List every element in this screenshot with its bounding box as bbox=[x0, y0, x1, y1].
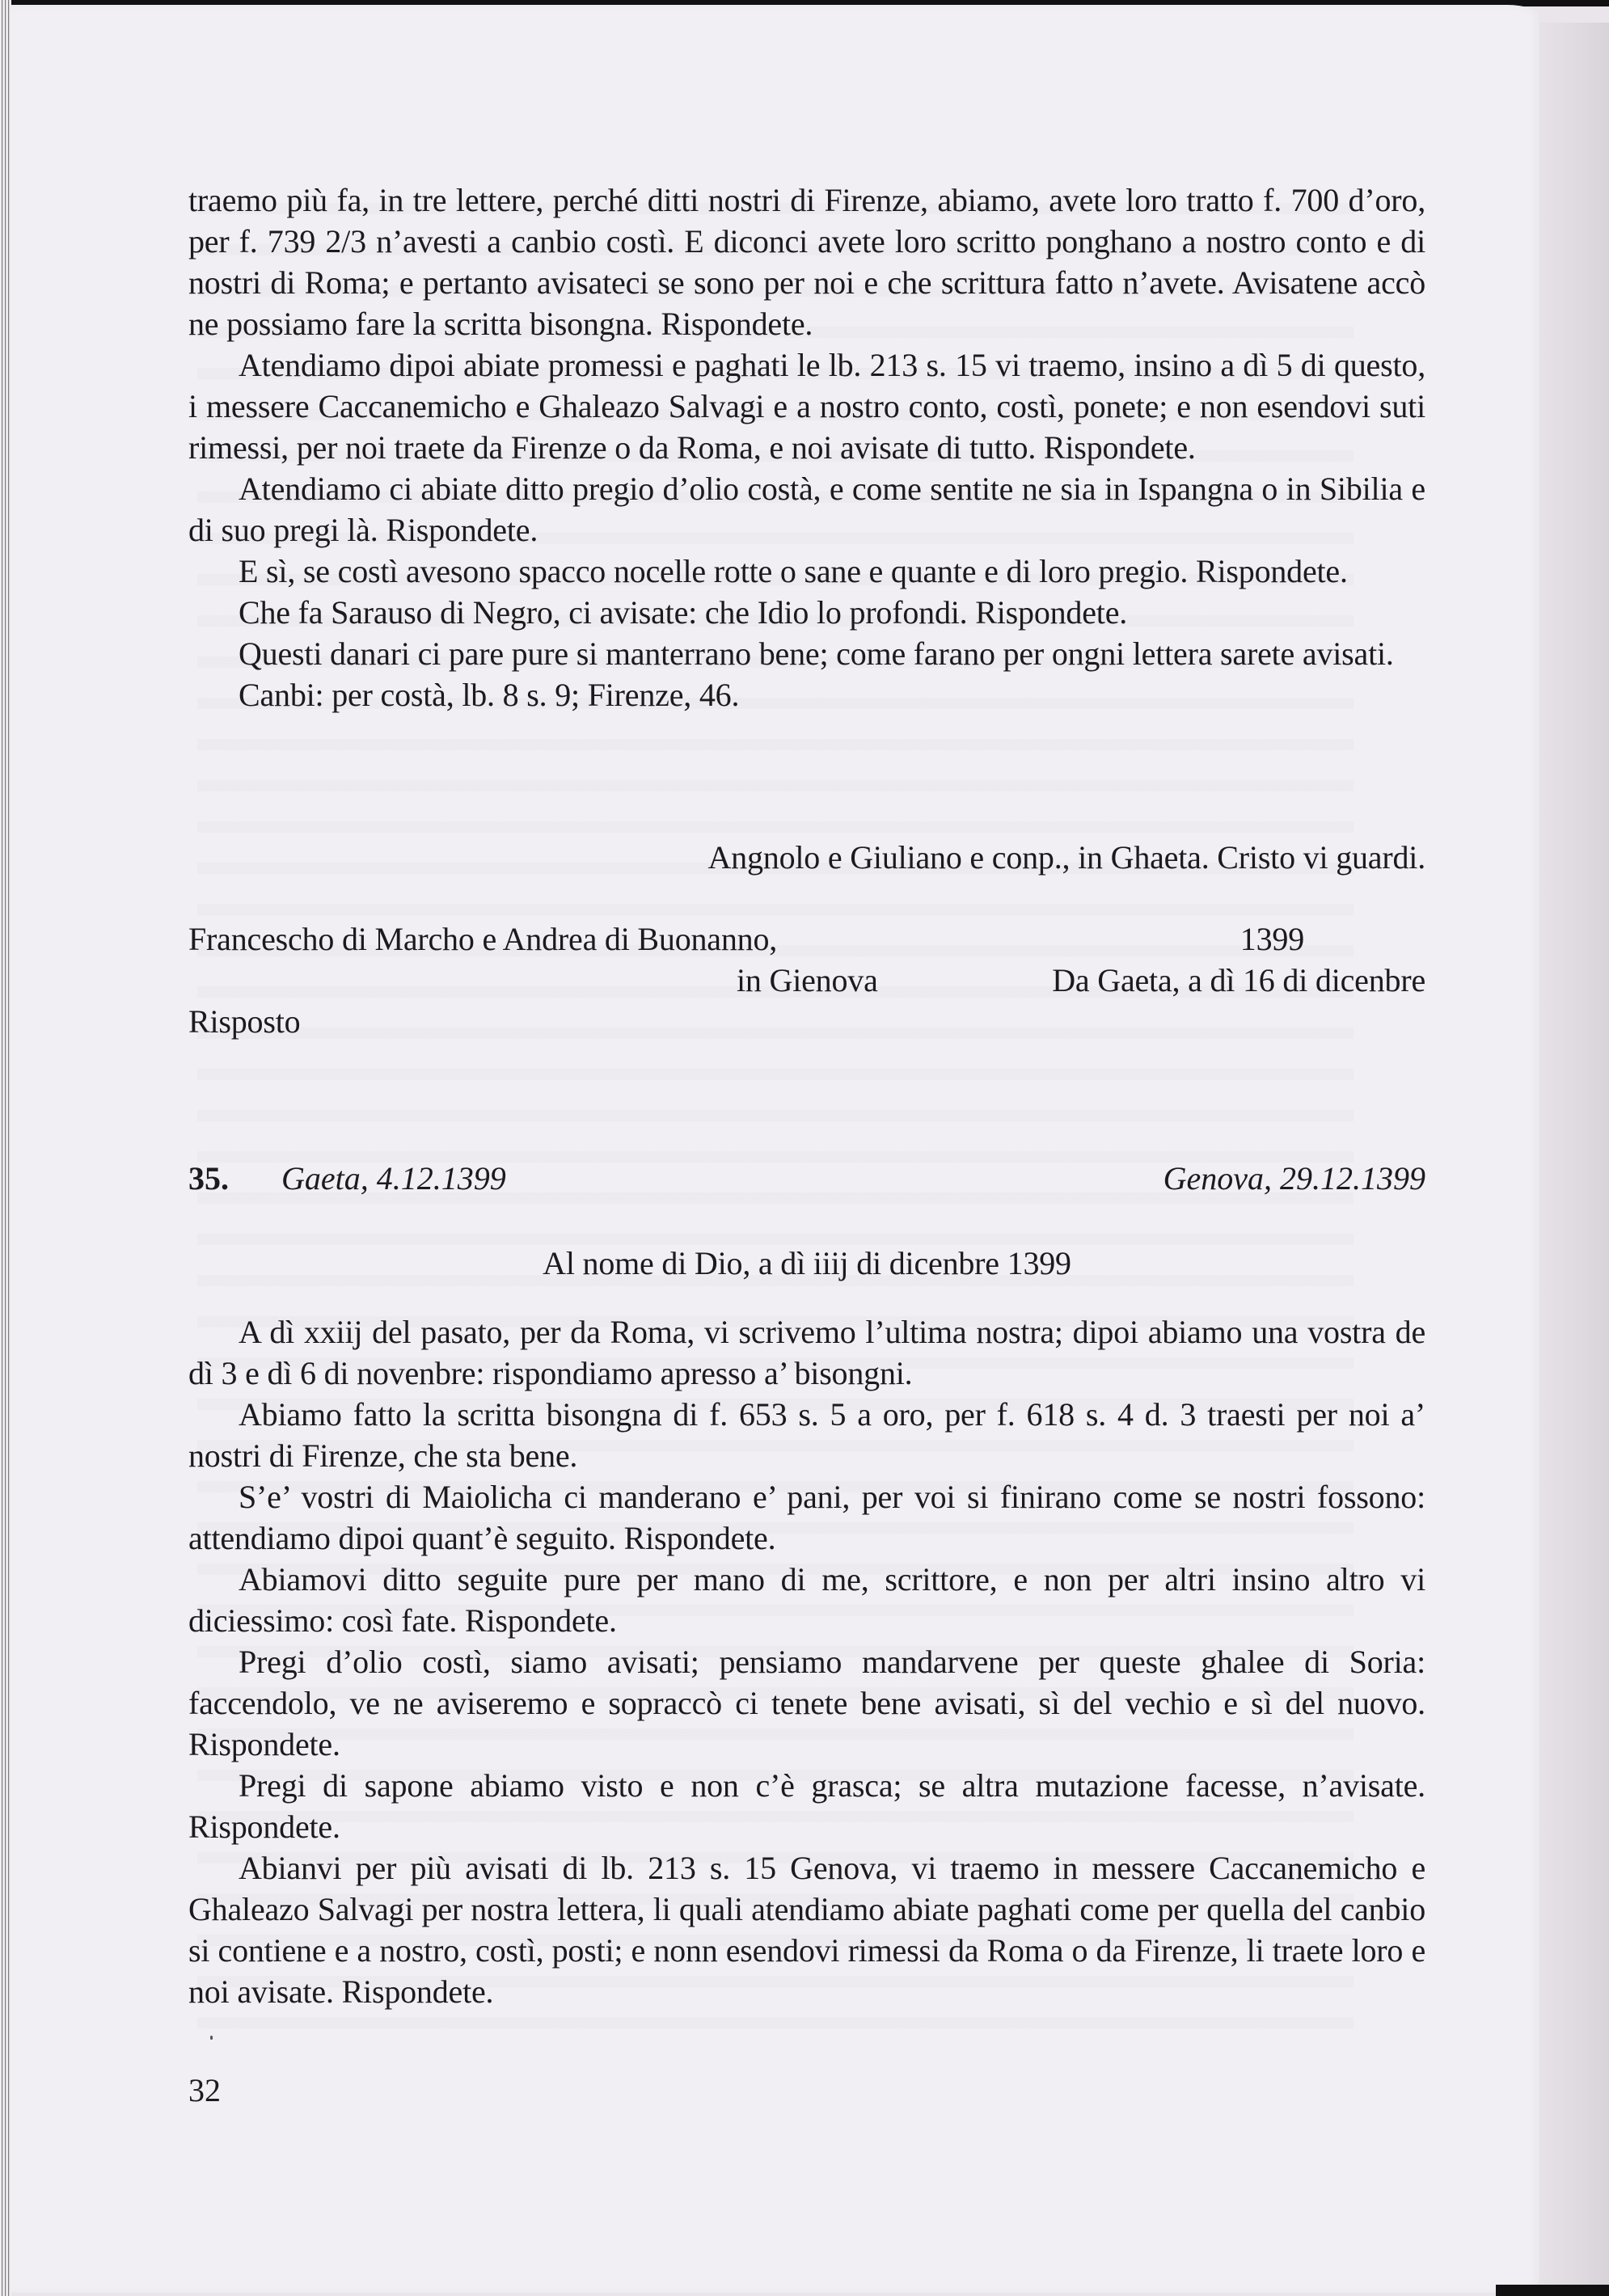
paragraph: E sì, se costì avesono spacco nocelle ro… bbox=[188, 551, 1425, 592]
scan-bottom-border bbox=[1496, 2285, 1609, 2296]
note: Risposto bbox=[188, 1001, 1425, 1042]
paragraph: A dì xxiij del pasato, per da Roma, vi s… bbox=[188, 1311, 1425, 1394]
letter-35-body: A dì xxiij del pasato, per da Roma, vi s… bbox=[188, 1311, 1425, 2012]
previous-letter-body: traemo più fa, in tre lettere, perché di… bbox=[188, 179, 1425, 715]
invocation-text: Al nome di Dio, a dì iiij di dicenbre 13… bbox=[188, 1243, 1425, 1284]
recipient: Francescho di Marcho e Andrea di Buonann… bbox=[188, 918, 777, 960]
invocation: Al nome di Dio, a dì iiij di dicenbre 13… bbox=[188, 1243, 1425, 1284]
paragraph: Canbi: per costà, lb. 8 s. 9; Firenze, 4… bbox=[188, 674, 1425, 715]
paragraph: traemo più fa, in tre lettere, perché di… bbox=[188, 179, 1425, 344]
paragraph: S’e’ vostri di Maiolicha ci manderano e’… bbox=[188, 1476, 1425, 1559]
paragraph: Abianvi per più avisati di lb. 213 s. 15… bbox=[188, 1847, 1425, 2012]
paragraph: Abiamovi ditto seguite pure per mano di … bbox=[188, 1559, 1425, 1641]
address-block: Francescho di Marcho e Andrea di Buonann… bbox=[188, 918, 1425, 1042]
signature-text: Angnolo e Giuliano e conp., in Ghaeta. C… bbox=[188, 837, 1425, 878]
paragraph: Atendiamo dipoi abiate promessi e paghat… bbox=[188, 344, 1425, 468]
scan-speck bbox=[210, 2036, 213, 2040]
paragraph: Pregi di sapone abiamo visto e non c’è g… bbox=[188, 1765, 1425, 1847]
adjacent-page-edge bbox=[1536, 23, 1609, 2286]
year: 1399 bbox=[1240, 918, 1304, 960]
paragraph: Questi danari ci pare pure si manterrano… bbox=[188, 633, 1425, 674]
signature: Angnolo e Giuliano e conp., in Ghaeta. C… bbox=[188, 837, 1425, 878]
paragraph: Pregi d’olio costì, siamo avisati; pensi… bbox=[188, 1641, 1425, 1765]
paragraph: Abiamo fatto la scritta bisongna di f. 6… bbox=[188, 1394, 1425, 1476]
place: in Gienova bbox=[737, 960, 878, 1001]
letter-heading: 35. Gaeta, 4.12.1399 Genova, 29.12.1399 bbox=[188, 1158, 1425, 1199]
date-line: Da Gaeta, a dì 16 di dicenbre bbox=[1052, 960, 1425, 1001]
letter-destination: Genova, 29.12.1399 bbox=[1163, 1158, 1425, 1199]
address-row-1: Francescho di Marcho e Andrea di Buonann… bbox=[188, 918, 1425, 960]
paragraph: Che fa Sarauso di Negro, ci avisate: che… bbox=[188, 592, 1425, 633]
letter-origin: Gaeta, 4.12.1399 bbox=[281, 1158, 506, 1199]
address-row-2: in Gienova Da Gaeta, a dì 16 di dicenbre bbox=[188, 960, 1425, 1001]
letter-number: 35. bbox=[188, 1158, 281, 1199]
paragraph: Atendiamo ci abiate ditto pregio d’olio … bbox=[188, 468, 1425, 551]
page-number: 32 bbox=[188, 2070, 221, 2111]
book-page-edges bbox=[0, 0, 11, 2296]
